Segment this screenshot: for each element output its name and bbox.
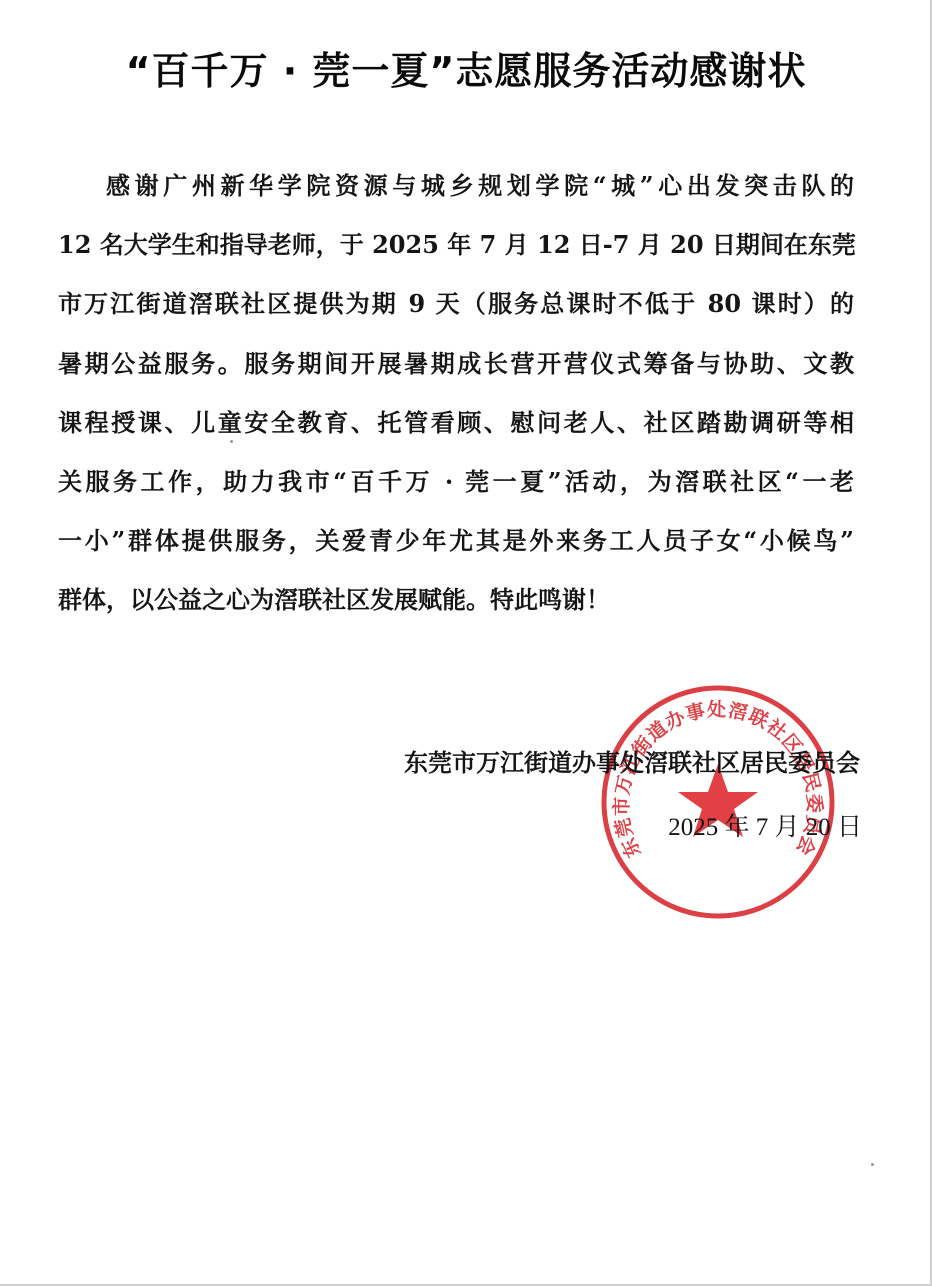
body-line: 市万江街道滘联社区提供为期 9 天（服务总课时不低于 80 课时）的: [58, 274, 854, 333]
signature-organization: 东莞市万江街道办事处滘联社区居民委员会: [330, 743, 860, 778]
document-title: “百千万 · 莞一夏”志愿服务活动感谢状: [0, 40, 932, 95]
document-body: 感谢广州新华学院资源与城乡规划学院“城”心出发突击队的 12 名大学生和指导老师…: [58, 156, 854, 630]
body-line: 群体，以公益之心为滘联社区发展赋能。特此鸣谢！: [58, 570, 854, 629]
scan-speck: [230, 440, 233, 443]
body-line: 关服务工作，助力我市“百千万 · 莞一夏”活动，为滘联社区“一老: [58, 452, 854, 511]
body-line: 感谢广州新华学院资源与城乡规划学院“城”心出发突击队的: [58, 156, 854, 215]
body-line: 暑期公益服务。服务期间开展暑期成长营开营仪式筹备与协助、文教: [58, 334, 854, 393]
body-line: 一小”群体提供服务，关爱青少年尤其是外来务工人员子女“小候鸟”: [58, 511, 854, 570]
official-seal-icon: 东莞市万江街道办事处滘联社区居民委员会: [598, 682, 838, 922]
scan-speck: [871, 1163, 874, 1166]
signature-date: 2025 年 7 月 20 日: [600, 807, 862, 843]
body-line: 课程授课、儿童安全教育、托管看顾、慰问老人、社区踏勘调研等相: [58, 393, 854, 452]
body-line: 12 名大学生和指导老师，于 2025 年 7 月 12 日-7 月 20 日期…: [58, 215, 854, 274]
